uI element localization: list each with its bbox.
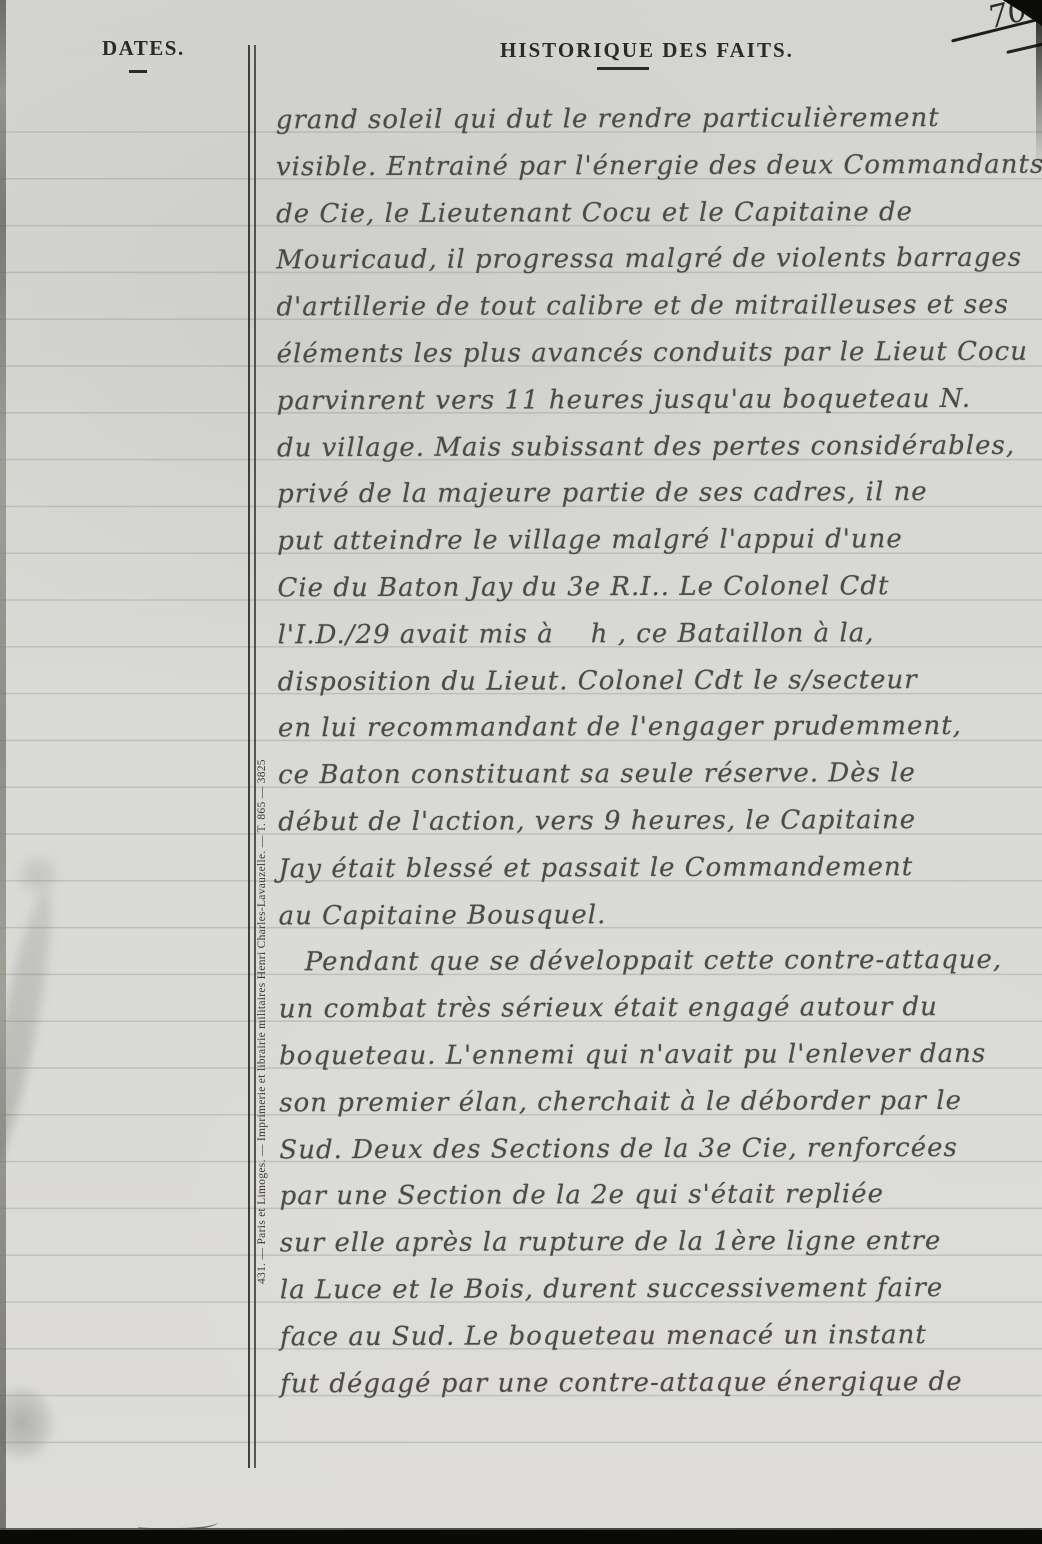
handwriting-line-text: ce Baton constituant sa seule réserve. D…	[278, 758, 916, 790]
handwriting-line: du village. Mais subissant des pertes co…	[277, 422, 1037, 471]
handwriting-line: put atteindre le village malgré l'appui …	[277, 516, 1037, 565]
handwriting-line-text: Sud. Deux des Sections de la 3e Cie, ren…	[279, 1132, 958, 1164]
handwriting-line: fut dégagé par une contre-attaque énergi…	[280, 1358, 1040, 1407]
handwriting-line-text: sur elle après la rupture de la 1ère lig…	[280, 1226, 942, 1258]
handwriting-line-text: grand soleil qui dut le rendre particuli…	[276, 103, 940, 135]
handwriting-line: en lui recommandant de l'engager prudemm…	[278, 703, 1038, 752]
column-divider-rule	[248, 45, 256, 1468]
handwriting-line-text: par une Section de la 2e qui s'était rep…	[280, 1180, 885, 1212]
handwriting-line: de Cie, le Lieutenant Cocu et le Capitai…	[276, 188, 1036, 237]
scan-edge-left	[0, 0, 6, 1544]
handwriting-line: Jay était blessé et passait le Commandem…	[278, 843, 1038, 892]
handwriting-line: privé de la majeure partie de ses cadres…	[277, 469, 1037, 518]
handwriting-line: son premier élan, cherchait à le déborde…	[279, 1077, 1039, 1126]
historique-header: HISTORIQUE DES FAITS.	[500, 38, 794, 63]
handwriting-line-text: Cie du Baton Jay du 3e R.I.. Le Colonel …	[277, 571, 889, 603]
handwriting-line: face au Sud. Le boqueteau menacé un inst…	[280, 1311, 1040, 1360]
handwriting-line: d'artillerie de tout calibre et de mitra…	[276, 282, 1036, 331]
handwriting-line-text: d'artillerie de tout calibre et de mitra…	[276, 290, 1009, 323]
handwriting-line-text: put atteindre le village malgré l'appui …	[277, 524, 903, 556]
dates-column-header: DATES.	[102, 36, 185, 61]
handwriting-line: visible. Entrainé par l'énergie des deux…	[276, 141, 1036, 190]
historique-header-underline	[597, 67, 649, 70]
handwriting-line-text: parvinrent vers 11 heures jusqu'au boque…	[277, 384, 971, 416]
handwriting-line-text: Mouricaud, il progressa malgré de violen…	[276, 243, 1022, 276]
handwriting-line: l'I.D./29 avait mis à h , ce Bataillon à…	[278, 609, 1038, 658]
handwriting-line: Sud. Deux des Sections de la 3e Cie, ren…	[279, 1124, 1039, 1173]
handwriting-line-text: Pendant que se développait cette contre-…	[305, 945, 1003, 977]
handwriting-line-text: au Capitaine Bousquel.	[279, 900, 607, 931]
handwriting-line-text: en lui recommandant de l'engager prudemm…	[278, 711, 962, 743]
handwriting-line-text: face au Sud. Le boqueteau menacé un inst…	[280, 1320, 927, 1352]
handwriting-line: disposition du Lieut. Colonel Cdt le s/s…	[278, 656, 1038, 705]
handwriting-line-text: Jay était blessé et passait le Commandem…	[278, 852, 913, 884]
handwriting-line: début de l'action, vers 9 heures, le Cap…	[278, 797, 1038, 846]
scan-edge-bottom	[0, 1530, 1042, 1544]
handwriting-line-text: l'I.D./29 avait mis à h , ce Bataillon à…	[278, 618, 875, 650]
scan-edge-right	[1036, 0, 1042, 170]
handwriting-line-text: un combat très sérieux était engagé auto…	[279, 992, 938, 1024]
dates-header-dash	[129, 70, 147, 73]
handwriting-line-text: fut dégagé par une contre-attaque énergi…	[280, 1366, 963, 1398]
handwriting-line: Mouricaud, il progressa malgré de violen…	[276, 235, 1036, 284]
handwriting-line-text: de Cie, le Lieutenant Cocu et le Capitai…	[276, 197, 913, 229]
handwriting-line: Pendant que se développait cette contre-…	[279, 937, 1039, 986]
handwriting-line: éléments les plus avancés conduits par l…	[277, 329, 1037, 378]
handwriting-line-text: disposition du Lieut. Colonel Cdt le s/s…	[278, 665, 918, 697]
handwriting-line: au Capitaine Bousquel.	[278, 890, 1038, 939]
handwriting-line: boqueteau. L'ennemi qui n'avait pu l'enl…	[279, 1031, 1039, 1080]
handwriting-line: la Luce et le Bois, durent successivemen…	[280, 1265, 1040, 1314]
handwriting-line: Cie du Baton Jay du 3e R.I.. Le Colonel …	[277, 563, 1037, 612]
handwriting-line: ce Baton constituant sa seule réserve. D…	[278, 750, 1038, 799]
handwriting-line-text: la Luce et le Bois, durent successivemen…	[280, 1273, 944, 1305]
handwriting-line-text: début de l'action, vers 9 heures, le Cap…	[278, 805, 916, 837]
handwriting-line-text: son premier élan, cherchait à le déborde…	[279, 1086, 962, 1118]
handwriting-line: grand soleil qui dut le rendre particuli…	[276, 95, 1036, 144]
faint-stain	[18, 855, 58, 895]
handwriting-line-text: boqueteau. L'ennemi qui n'avait pu l'enl…	[279, 1039, 986, 1071]
handwriting-line: par une Section de la 2e qui s'était rep…	[279, 1171, 1039, 1220]
handwriting-text: grand soleil qui dut le rendre particuli…	[276, 95, 1041, 1408]
handwriting-line: sur elle après la rupture de la 1ère lig…	[280, 1218, 1040, 1267]
handwriting-line-text: privé de la majeure partie de ses cadres…	[277, 477, 928, 509]
handwriting-line: un combat très sérieux était engagé auto…	[279, 984, 1039, 1033]
printer-imprint: 431. — Paris et Limoges. — Imprimerie et…	[256, 676, 276, 1368]
journal-page: DATES. HISTORIQUE DES FAITS. 431. — Pari…	[0, 0, 1042, 1544]
handwriting-line-text: du village. Mais subissant des pertes co…	[277, 430, 1015, 463]
handwriting-line-text: visible. Entrainé par l'énergie des deux…	[276, 149, 1042, 182]
handwriting-line-text: éléments les plus avancés conduits par l…	[277, 337, 1028, 370]
handwriting-line: parvinrent vers 11 heures jusqu'au boque…	[277, 375, 1037, 424]
